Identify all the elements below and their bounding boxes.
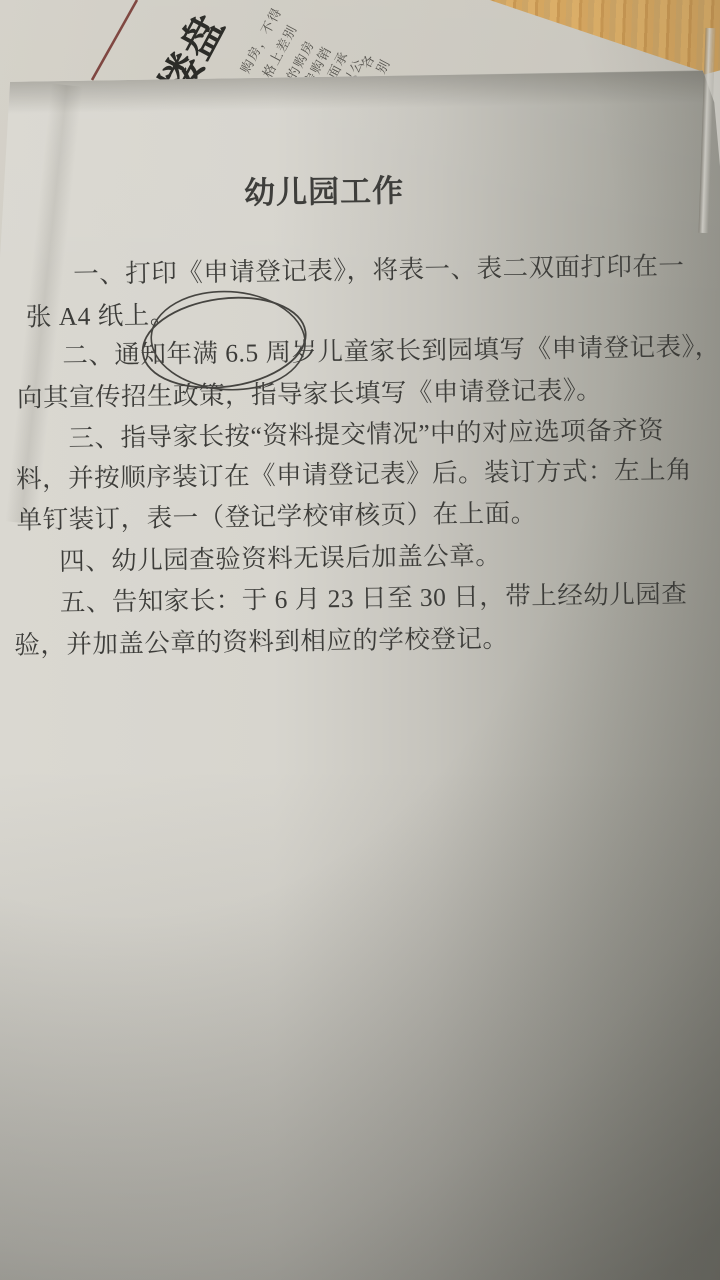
photo-scene: 楼盘 购房，不得 格上差别 的购房 房购销 的面承 以公 各 别 幼儿园工作 一… — [0, 0, 720, 1280]
document-line: 验，并加盖公章的资料到相应的学校登记。 — [14, 619, 508, 662]
document-text: 幼儿园工作 一、打印《申请登记表》，将表一、表二双面打印在一 张 A4 纸上。 … — [0, 0, 720, 1280]
document-line: 单钉装订，表一（登记学校审核页）在上面。 — [16, 493, 536, 536]
document-line: 五、告知家长：于 6 月 23 日至 30 日，带上经幼儿园查 — [60, 574, 688, 619]
document-line: 三、指导家长按“资料提交情况”中的对应选项备齐资 — [68, 411, 664, 455]
pen-circle-annotation — [126, 282, 328, 407]
document-line: 料，并按顺序装订在《申请登记表》后。装订方式：左上角 — [16, 450, 692, 495]
document-line: 四、幼儿园查验资料无误后加盖公章。 — [59, 536, 501, 578]
document-title: 幼儿园工作 — [244, 165, 405, 212]
document-paper: 幼儿园工作 一、打印《申请登记表》，将表一、表二双面打印在一 张 A4 纸上。 … — [0, 0, 720, 1280]
